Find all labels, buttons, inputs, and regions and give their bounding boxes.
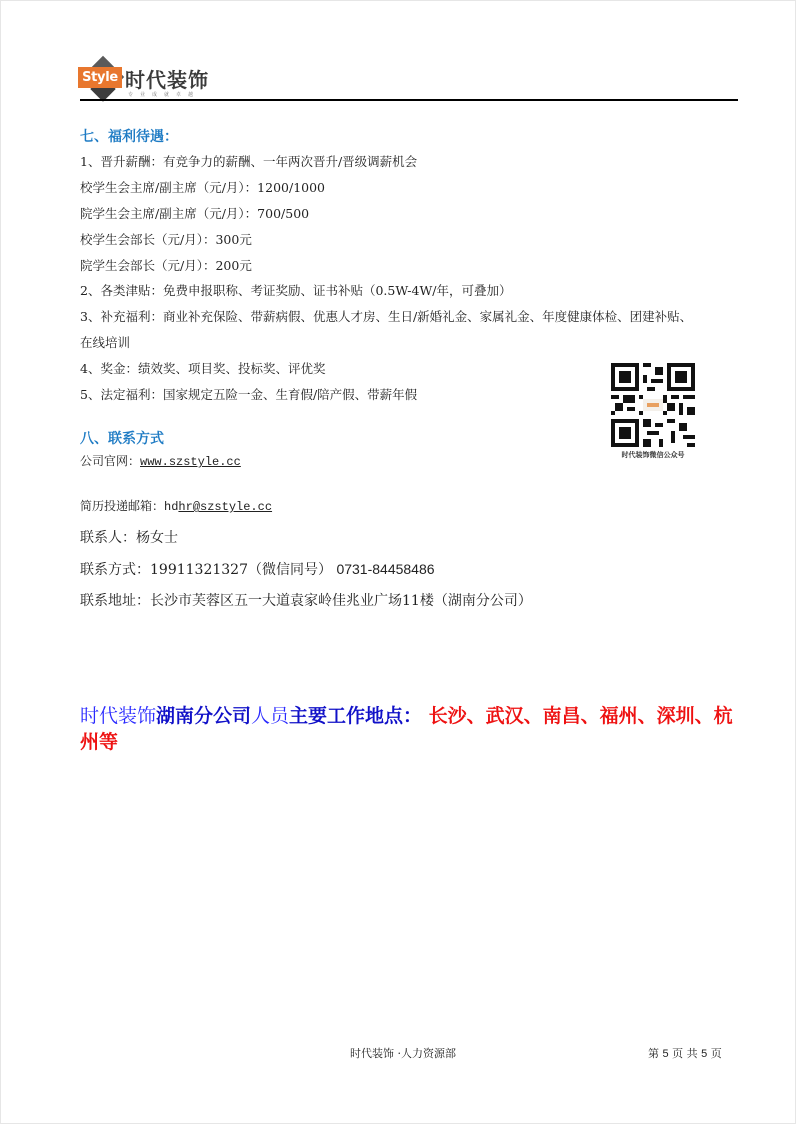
benefit-line: 2、各类津贴：免费申报职称、考证奖励、证书补贴（0.5W-4W/年，可叠加） bbox=[80, 281, 512, 299]
phone-label: 联系方式： bbox=[80, 562, 150, 578]
page-suffix: 页 bbox=[711, 1047, 722, 1060]
section-7-heading: 七、福利待遇： bbox=[80, 126, 178, 146]
contact-person: 杨女士 bbox=[136, 530, 178, 546]
email-prefix: hd bbox=[164, 500, 178, 514]
address: 长沙市芙蓉区五一大道袁家岭佳兆业广场11楼（湖南分公司） bbox=[150, 593, 532, 609]
wechat-qr-code[interactable] bbox=[611, 363, 695, 447]
qr-code-icon bbox=[611, 363, 695, 447]
email-label: 简历投递邮箱： bbox=[80, 499, 164, 513]
footer-page-number: 第 5 页 共 5 页 bbox=[648, 1045, 722, 1061]
benefit-line: 5、法定福利：国家规定五险一金、生育假/陪产假、带薪年假 bbox=[80, 385, 417, 403]
footer-department: 时代装饰 ·人力资源部 bbox=[350, 1045, 456, 1061]
logo-badge: Style bbox=[78, 67, 122, 88]
benefit-line: 校学生会部长（元/月）：300元 bbox=[80, 230, 252, 248]
address-row: 联系地址：长沙市芙蓉区五一大道袁家岭佳兆业广场11楼（湖南分公司） bbox=[80, 590, 532, 610]
benefit-line: 院学生会主席/副主席（元/月）：700/500 bbox=[80, 204, 309, 222]
highlight-company: 时代装饰 bbox=[80, 705, 156, 727]
page-mid: 页 共 bbox=[672, 1047, 698, 1060]
email-row: 简历投递邮箱：hdhr@szstyle.cc bbox=[80, 497, 272, 514]
page-total: 5 bbox=[701, 1048, 707, 1060]
website-link[interactable]: www.szstyle.cc bbox=[140, 455, 241, 469]
benefit-line: 4、奖金：绩效奖、项目奖、投标奖、评优奖 bbox=[80, 359, 325, 377]
benefit-line: 在线培训 bbox=[80, 333, 130, 351]
highlight-staff: 人员 bbox=[251, 705, 289, 727]
benefit-line: 3、补充福利：商业补充保险、带薪病假、优惠人才房、生日/新婚礼金、家属礼金、年度… bbox=[80, 307, 692, 325]
highlight-branch: 湖南分公司 bbox=[156, 705, 251, 727]
page-current: 5 bbox=[663, 1048, 669, 1060]
email-link[interactable]: hr@szstyle.cc bbox=[178, 500, 272, 514]
address-label: 联系地址： bbox=[80, 593, 150, 609]
phone-number: 19911321327（微信同号） bbox=[150, 562, 332, 578]
landline-number: 0731-84458486 bbox=[336, 561, 434, 577]
logo-name: 时代装饰 bbox=[125, 64, 209, 93]
contact-person-row: 联系人：杨女士 bbox=[80, 527, 178, 547]
benefit-line: 校学生会主席/副主席（元/月）：1200/1000 bbox=[80, 178, 325, 196]
phone-row: 联系方式：19911321327（微信同号） 0731-84458486 bbox=[80, 559, 435, 579]
work-locations-highlight: 时代装饰湖南分公司人员主要工作地点： 长沙、武汉、南昌、福州、深圳、杭州等 bbox=[80, 703, 746, 755]
website-row: 公司官网：www.szstyle.cc bbox=[80, 452, 241, 469]
section-8-heading: 八、联系方式 bbox=[80, 428, 164, 448]
page-prefix: 第 bbox=[648, 1047, 659, 1060]
contact-person-label: 联系人： bbox=[80, 530, 136, 546]
qr-caption: 时代装饰微信公众号 bbox=[604, 450, 702, 460]
company-logo: Style 时代装饰 专业成就卓越 bbox=[78, 58, 228, 102]
logo-slogan: 专业成就卓越 bbox=[128, 91, 200, 98]
benefit-line: 1、晋升薪酬：有竞争力的薪酬、一年两次晋升/晋级调薪机会 bbox=[80, 152, 417, 170]
header-divider bbox=[80, 99, 738, 101]
highlight-label: 主要工作地点： bbox=[289, 705, 422, 727]
benefit-line: 院学生会部长（元/月）：200元 bbox=[80, 256, 252, 274]
website-label: 公司官网： bbox=[80, 454, 140, 468]
